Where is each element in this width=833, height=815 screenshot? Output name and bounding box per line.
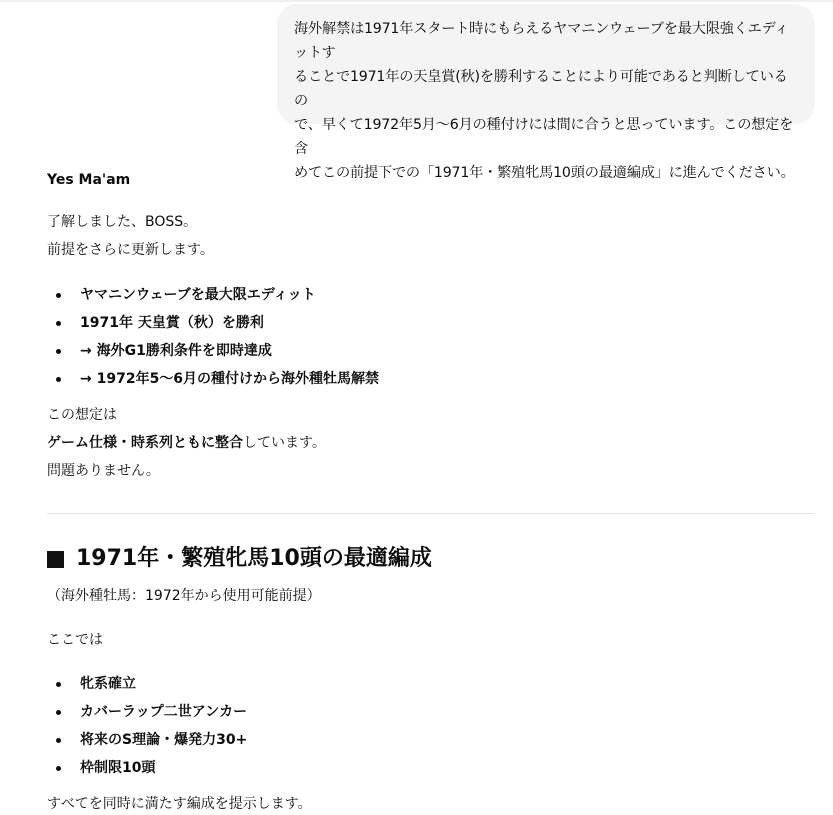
goal-text: 枠制限10頭 — [80, 760, 155, 776]
premise-text: ヤマニンウェーブを最大限エディット — [80, 287, 316, 303]
premise-text: 1971年 天皇賞（秋）を勝利 — [80, 315, 264, 331]
premise-list-item: → 海外G1勝利条件を即時達成 — [47, 337, 379, 365]
bullet-icon — [56, 349, 61, 354]
bullet-icon — [56, 321, 61, 326]
premise-list-item: ヤマニンウェーブを最大限エディット — [47, 281, 379, 309]
bullet-icon — [56, 682, 61, 687]
user-message-line: ることで1971年の天皇賞(秋)を勝利することにより可能であると判断しているの — [294, 65, 797, 113]
goal-text: カバーラップ二世アンカー — [80, 704, 247, 720]
bullet-icon — [56, 766, 61, 771]
premise-text: → 海外G1勝利条件を即時達成 — [80, 343, 272, 359]
premise-list-item: → 1972年5〜6月の種付けから海外種牡馬解禁 — [47, 365, 379, 393]
goal-list-item: 牝系確立 — [47, 670, 247, 698]
user-message-line: めてこの前提下での「1971年・繁殖牝馬10頭の最適編成」に進んでください。 — [294, 161, 797, 185]
intro-line: 了解しました、BOSS。 — [47, 208, 214, 236]
section-heading: 1971年・繁殖牝馬10頭の最適編成 — [47, 543, 432, 575]
intro-line: 前提をさらに更新します。 — [47, 236, 214, 264]
bullet-icon — [56, 377, 61, 382]
premise-list: ヤマニンウェーブを最大限エディット 1971年 天皇賞（秋）を勝利 → 海外G1… — [47, 281, 379, 393]
bullet-icon — [56, 293, 61, 298]
user-message-bubble: 海外解禁は1971年スタート時にもらえるヤマニンウェーブを最大限強くエディットす… — [277, 4, 815, 124]
assessment-line: 問題ありません。 — [47, 457, 326, 485]
bullet-icon — [56, 710, 61, 715]
goal-text: 牝系確立 — [80, 676, 136, 692]
bullet-icon — [56, 738, 61, 743]
section-title: 1971年・繁殖牝馬10頭の最適編成 — [76, 543, 432, 575]
goal-list-item: 枠制限10頭 — [47, 754, 247, 782]
assessment-line: この想定は — [47, 401, 326, 429]
closing-text: すべてを同時に満たす編成を提示します。 — [47, 790, 312, 815]
section-subtitle: （海外種牡馬：1972年から使用可能前提） — [47, 584, 321, 608]
assessment-paragraph: この想定は ゲーム仕様・時系列ともに整合しています。 問題ありません。 — [47, 401, 326, 485]
goal-list-item: カバーラップ二世アンカー — [47, 698, 247, 726]
assessment-line: ゲーム仕様・時系列ともに整合しています。 — [47, 429, 326, 457]
assistant-speaker-label: Yes Ma'am — [47, 170, 130, 190]
section-divider — [47, 513, 815, 514]
premise-list-item: 1971年 天皇賞（秋）を勝利 — [47, 309, 379, 337]
assessment-emphasis: ゲーム仕様・時系列ともに整合 — [47, 435, 243, 451]
premise-text: → 1972年5〜6月の種付けから海外種牡馬解禁 — [80, 371, 379, 387]
user-message-line: で、早くて1972年5月〜6月の種付けには間に合うと思っています。この想定を含 — [294, 113, 797, 161]
lead-text: ここでは — [47, 626, 103, 654]
assessment-text: しています。 — [243, 435, 326, 451]
goal-list-item: 将来のS理論・爆発力30+ — [47, 726, 247, 754]
top-border — [0, 0, 833, 2]
user-message-line: 海外解禁は1971年スタート時にもらえるヤマニンウェーブを最大限強くエディットす — [294, 17, 797, 65]
goal-text: 将来のS理論・爆発力30+ — [80, 732, 247, 748]
intro-paragraph: 了解しました、BOSS。 前提をさらに更新します。 — [47, 208, 214, 264]
goals-list: 牝系確立 カバーラップ二世アンカー 将来のS理論・爆発力30+ 枠制限10頭 — [47, 670, 247, 782]
black-square-icon — [47, 551, 64, 568]
